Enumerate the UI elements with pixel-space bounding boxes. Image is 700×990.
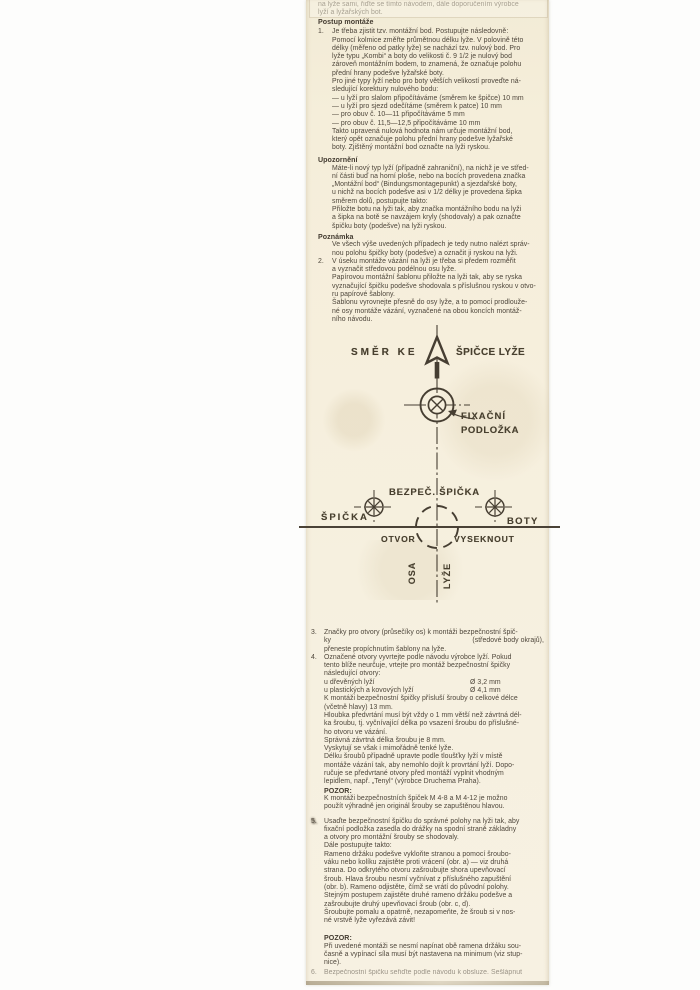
- item-4-lines-b: K montáži bezpečnostní špičky přísluší š…: [324, 695, 544, 786]
- numbered-item-6: 6. Bezpečnostní špičku seřiďte podle náv…: [324, 969, 544, 977]
- pozor-heading-2: POZOR:: [324, 934, 544, 942]
- item-6-number: 6.: [311, 969, 317, 977]
- item-2-number: 2.: [318, 258, 324, 266]
- item-3-line: přeneste propíchnutím šablony na lyže.: [324, 646, 544, 654]
- scanned-page: na lyže sami, řiďte se tímto návodem, dá…: [0, 0, 700, 990]
- label-fixacni: FIXAČNÍ: [461, 411, 506, 422]
- label-osa: OSA: [407, 553, 417, 593]
- paper-bottom-edge: [306, 981, 549, 985]
- item-3-line-right: (středové body okrajů),: [472, 637, 544, 645]
- item-3-gap-line: ky (středové body okrajů),: [324, 637, 544, 645]
- item-5-lines: Usaďte bezpečnostní špičku do správné po…: [324, 818, 544, 926]
- label-podlozka: PODLOŽKA: [461, 425, 519, 436]
- numbered-item-1: 1. Je třeba zjistit tzv. montážní bod. P…: [332, 28, 544, 152]
- spec-label: u dřevěných lyží: [324, 679, 375, 686]
- spec-value: Ø 3,2 mm: [470, 679, 501, 687]
- label-lyze: LYŽE: [442, 554, 452, 598]
- spec-label: u plastických a kovových lyží: [324, 687, 414, 694]
- drill-spec-wood: u dřevěných lyží Ø 3,2 mm: [324, 679, 544, 687]
- label-vyseknout: VYSEKNOUT: [454, 534, 515, 544]
- upper-text-block: Postup montáže 1. Je třeba zjistit tzv. …: [318, 18, 544, 324]
- top-line-2: lyží a lyžařských bot.: [318, 9, 544, 17]
- heading-postup-montaze: Postup montáže: [318, 18, 544, 26]
- heading-poznamka: Poznámka: [318, 233, 544, 241]
- item-1-lines: Je třeba zjistit tzv. montážní bod. Post…: [332, 28, 544, 152]
- numbered-item-4: 4. Označené otvory vyvrtejte podle návod…: [324, 654, 544, 812]
- direction-arrow: [427, 337, 448, 379]
- label-smer-ke: SMĚR KE: [351, 347, 418, 358]
- label-otvor: OTVOR: [381, 534, 416, 544]
- pozor-2-lines: Při uvedené montáži se nesmí napínat obě…: [324, 943, 544, 968]
- pozor-1-lines: K montáži bezpečnostních špiček M 4-8 a …: [324, 795, 544, 812]
- bottom-cutoff-text: 6. Bezpečnostní špičku seřiďte podle náv…: [311, 969, 544, 977]
- item-3-line-left: ky: [324, 637, 331, 645]
- top-cutoff-text: na lyže sami, řiďte se tímto návodem, dá…: [318, 1, 544, 17]
- drill-spec-plastic-metal: u plastických a kovových lyží Ø 4,1 mm: [324, 687, 544, 695]
- pozor-heading-1: POZOR:: [324, 787, 544, 795]
- item-3-number: 3.: [311, 629, 317, 637]
- heading-upozorneni: Upozornění: [318, 156, 544, 164]
- mounting-template-diagram: [299, 315, 560, 610]
- lower-text-block: 3. Značky pro otvory (průsečíky os) k mo…: [311, 629, 544, 968]
- numbered-item-5: 5. Usaďte bezpečnostní špičku do správné…: [324, 818, 544, 926]
- label-spicce-lyze: ŠPIČCE LYŽE: [456, 347, 525, 358]
- item-4-lines-a: Označené otvory vyvrtejte podle návodu v…: [324, 654, 544, 679]
- top-line-1: na lyže sami, řiďte se tímto návodem, dá…: [318, 1, 544, 9]
- label-spicka: ŠPIČKA: [321, 512, 369, 523]
- numbered-item-3: 3. Značky pro otvory (průsečíky os) k mo…: [324, 629, 544, 654]
- item-1-number: 1.: [318, 28, 324, 36]
- item-6-line: Bezpečnostní špičku seřiďte podle návodu…: [324, 969, 544, 977]
- label-boty: BOTY: [507, 516, 539, 527]
- item-5-number: 5.: [311, 818, 317, 826]
- spec-value: Ø 4,1 mm: [470, 687, 501, 695]
- poznamka-lines: Ve všech výše uvedených případech je ted…: [332, 241, 544, 258]
- item-4-number: 4.: [311, 654, 317, 662]
- pozor-2-block: POZOR: Při uvedené montáži se nesmí napí…: [324, 934, 544, 967]
- upozorneni-lines: Máte-li nový typ lyží (případně zahranič…: [332, 165, 544, 231]
- label-bezpec-spicka: BEZPEČ. ŠPIČKA: [389, 487, 480, 498]
